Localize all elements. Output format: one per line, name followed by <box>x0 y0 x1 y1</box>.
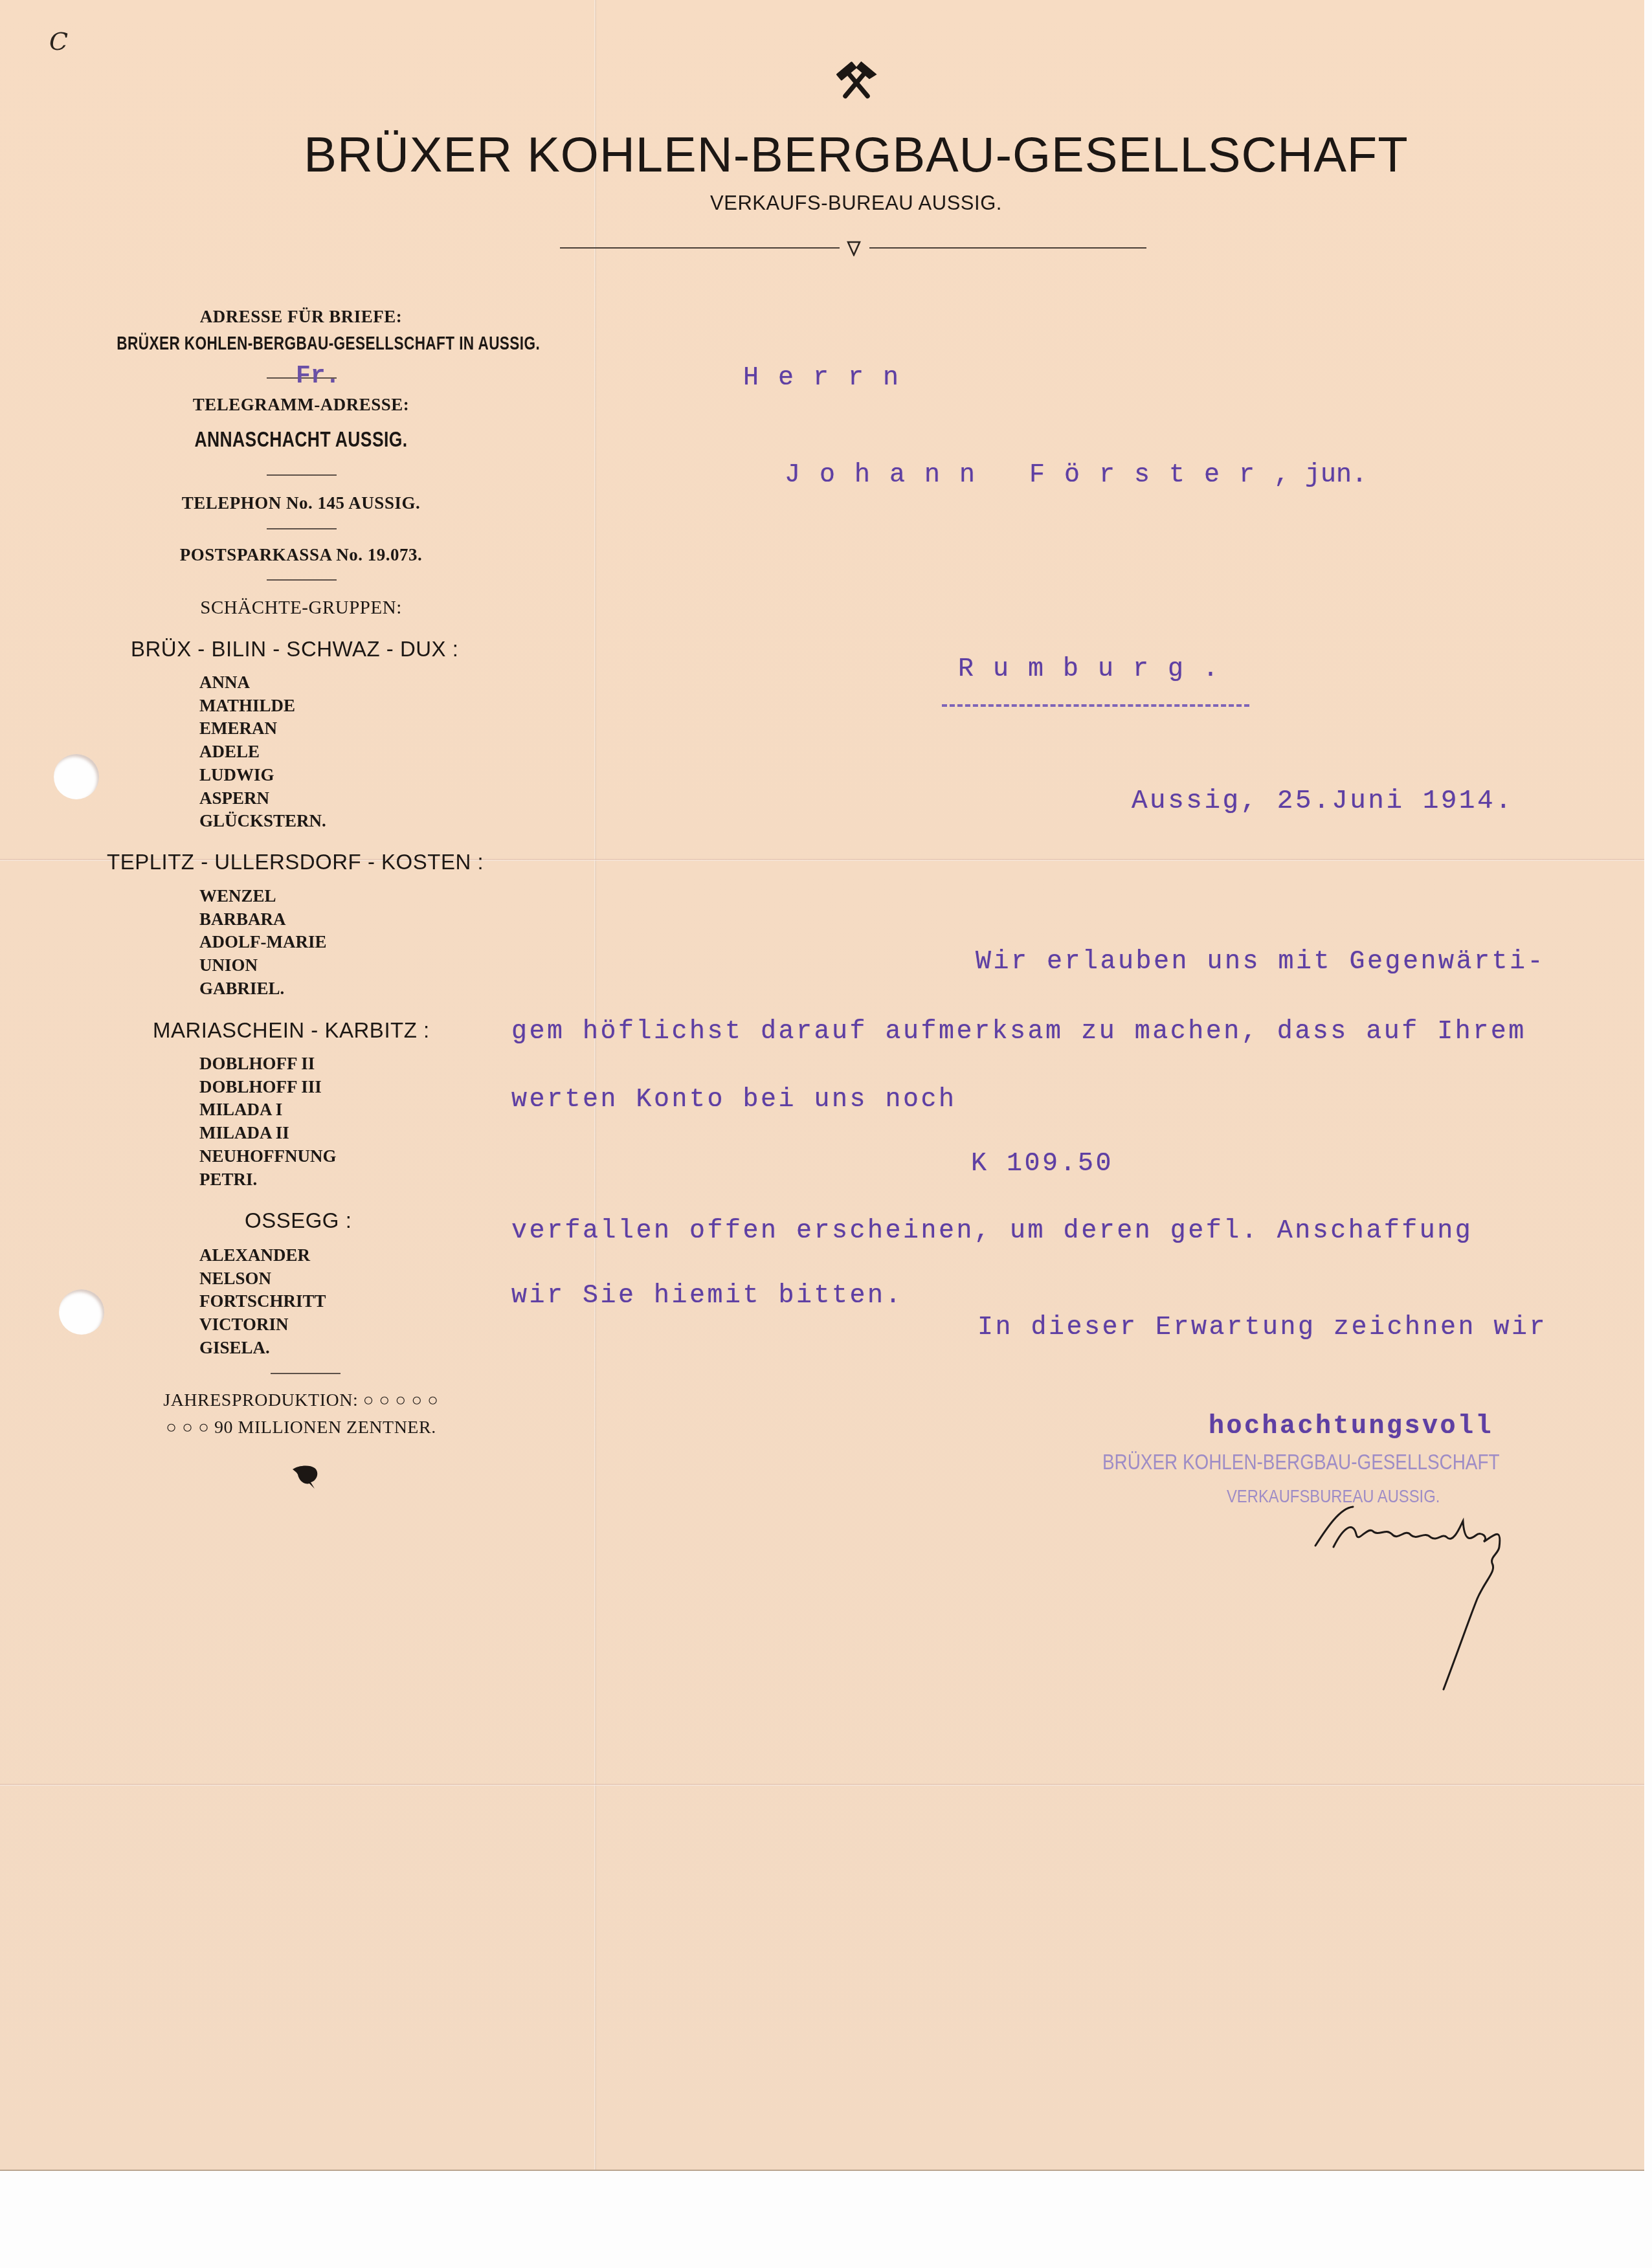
group-heading: TEPLITZ - ULLERSDORF - KOSTEN : <box>107 850 484 874</box>
shaft-name: DOBLHOFF II <box>199 1052 337 1076</box>
letter-address: BRÜXER KOHLEN-BERGBAU-GESELLSCHAFT IN AU… <box>65 333 537 355</box>
body-line: verfallen offen erscheinen, um deren gef… <box>511 1217 1473 1246</box>
shaft-name: ANNA <box>199 671 326 695</box>
handling-stamp: Fr. <box>296 362 340 390</box>
body-line: Wir erlauben uns mit Gegenwärti- <box>976 948 1545 977</box>
shaft-name: FORTSCHRITT <box>199 1290 326 1313</box>
header-divider-right <box>869 247 1146 249</box>
crossed-hammers-icon <box>833 60 880 106</box>
shaft-name: GISELA. <box>199 1337 326 1360</box>
group-heading: OSSEGG : <box>245 1208 352 1233</box>
closing-line: In dieser Erwartung zeichnen wir <box>977 1313 1547 1342</box>
city-underline <box>942 704 1249 707</box>
postal-savings: POSTSPARKASSA No. 19.073. <box>65 545 537 565</box>
telephone: TELEPHON No. 145 AUSSIG. <box>65 493 537 513</box>
shaft-name: LUDWIG <box>199 764 326 787</box>
shaft-name: DOBLHOFF III <box>199 1076 337 1099</box>
shield-ornament-icon <box>845 239 862 256</box>
shaft-list: DOBLHOFF II DOBLHOFF III MILADA I MILADA… <box>199 1052 337 1191</box>
valediction: hochachtungsvoll <box>1209 1412 1493 1441</box>
shaft-name: NEUHOFFNUNG <box>199 1145 337 1168</box>
pencil-archive-mark: C <box>49 27 68 56</box>
shaft-list: WENZEL BARBARA ADOLF-MARIE UNION GABRIEL… <box>199 885 327 1001</box>
recipient-city: Rumburg. <box>958 655 1238 684</box>
shaft-name: PETRI. <box>199 1168 337 1192</box>
annual-production-line2: ○ ○ ○ 90 MILLIONEN ZENTNER. <box>65 1417 537 1438</box>
body-line: werten Konto bei uns noch <box>511 1085 957 1115</box>
department-name: VERKAUFS-BUREAU AUSSIG. <box>259 192 1453 215</box>
shaft-name: VICTORIN <box>199 1313 326 1337</box>
sidebar-rule <box>267 474 337 476</box>
coal-lump-icon <box>291 1464 321 1490</box>
shaft-name: NELSON <box>199 1267 326 1291</box>
amount-due: K 109.50 <box>971 1150 1113 1179</box>
group-heading: MARIASCHEIN - KARBITZ : <box>153 1018 430 1043</box>
shaft-name: UNION <box>199 954 327 977</box>
shaft-name: GLÜCKSTERN. <box>199 810 326 833</box>
company-stamp-line1: BRÜXER KOHLEN-BERGBAU-GESELLSCHAFT <box>1102 1450 1500 1475</box>
telegram-label: TELEGRAMM-ADRESSE: <box>65 395 537 415</box>
group-heading: BRÜX - BILIN - SCHWAZ - DUX : <box>131 637 458 661</box>
shaft-name: BARBARA <box>199 908 327 931</box>
letter-address-text: BRÜXER KOHLEN-BERGBAU-GESELLSCHAFT IN AU… <box>117 333 485 355</box>
shaft-name: MATHILDE <box>199 695 326 718</box>
salutation-herrn: Herrn <box>743 364 918 393</box>
recipient-name: Johann Förster, jun. <box>785 461 1367 490</box>
handwritten-signature <box>1308 1502 1612 1696</box>
sidebar-rule <box>267 579 337 581</box>
shaft-name: MILADA II <box>199 1122 337 1145</box>
shaft-name: MILADA I <box>199 1098 337 1122</box>
annual-production-line1: JAHRESPRODUKTION: ○ ○ ○ ○ ○ <box>65 1390 537 1411</box>
shaft-name: ALEXANDER <box>199 1244 326 1267</box>
vertical-fold-crease <box>594 0 596 2170</box>
punch-hole <box>59 1289 104 1335</box>
company-name: BRÜXER KOHLEN-BERGBAU-GESELLSCHAFT <box>259 127 1453 183</box>
shaft-name: EMERAN <box>199 717 326 740</box>
shaft-list: ALEXANDER NELSON FORTSCHRITT VICTORIN GI… <box>199 1244 326 1360</box>
letter-address-label: ADRESSE FÜR BRIEFE: <box>65 307 537 327</box>
shaft-name: GABRIEL. <box>199 977 327 1001</box>
horizontal-fold-crease <box>0 1784 1644 1786</box>
telegram-address: ANNASCHACHT AUSSIG. <box>65 427 537 452</box>
recipient-name-text: Johann Förster <box>785 461 1274 490</box>
place-date: Aussig, 25.Juni 1914. <box>1132 786 1513 816</box>
shaft-name: WENZEL <box>199 885 327 908</box>
shaft-list: ANNA MATHILDE EMERAN ADELE LUDWIG ASPERN… <box>199 671 326 833</box>
header-divider-left <box>560 247 840 249</box>
punch-hole <box>54 754 99 799</box>
shaft-name: ADELE <box>199 740 326 764</box>
body-line: wir Sie hiemit bitten. <box>511 1282 903 1311</box>
company-name-text: BRÜXER KOHLEN-BERGBAU-GESELLSCHAFT <box>304 128 1408 183</box>
shaft-name: ASPERN <box>199 787 326 810</box>
shaft-name: ADOLF-MARIE <box>199 931 327 954</box>
shaft-groups-label: SCHÄCHTE-GRUPPEN: <box>65 597 537 619</box>
recipient-suffix: , jun. <box>1274 461 1367 490</box>
body-line: gem höflichst darauf aufmerksam zu mache… <box>511 1017 1526 1047</box>
sidebar-rule <box>271 1373 340 1374</box>
sidebar-rule <box>267 528 337 529</box>
telegram-address-text: ANNASCHACHT AUSSIG. <box>117 427 485 452</box>
